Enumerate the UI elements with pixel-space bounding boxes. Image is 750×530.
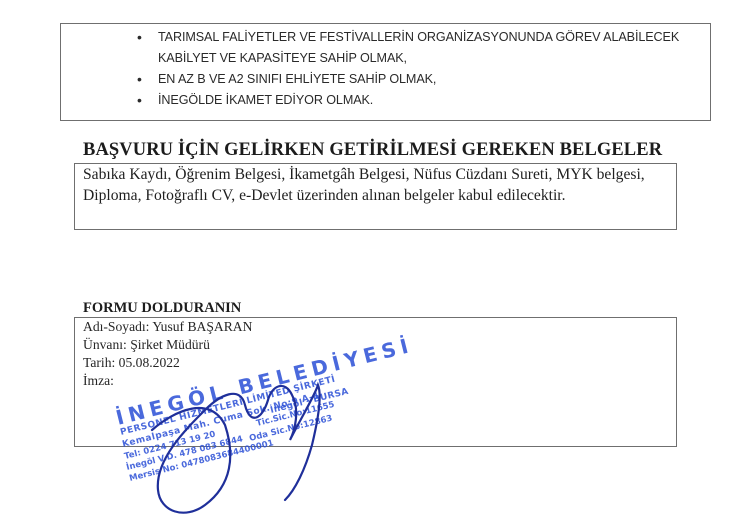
documents-box: Sabıka Kaydı, Öğrenim Belgesi, İkametgâh… bbox=[74, 163, 677, 230]
requirement-text: TARIMSAL FALİYETLER VE FESTİVALLERİN ORG… bbox=[158, 30, 679, 44]
requirements-box: • TARIMSAL FALİYETLER VE FESTİVALLERİN O… bbox=[60, 23, 711, 121]
requirement-item: • TARIMSAL FALİYETLER VE FESTİVALLERİN O… bbox=[137, 27, 679, 48]
requirement-text: KABİLYET VE KAPASİTEYE SAHİP OLMAK, bbox=[158, 51, 407, 65]
documents-heading: BAŞVURU İÇİN GELİRKEN GETİRİLMESİ GEREKE… bbox=[83, 140, 662, 161]
requirements-list: • TARIMSAL FALİYETLER VE FESTİVALLERİN O… bbox=[137, 27, 679, 111]
form-filler-box: Adı-Soyadı: Yusuf BAŞARAN Ünvanı: Şirket… bbox=[74, 317, 677, 447]
requirement-text: İNEGÖLDE İKAMET EDİYOR OLMAK. bbox=[158, 93, 373, 107]
filler-date: Tarih: 05.08.2022 bbox=[83, 355, 180, 371]
bullet-icon: • bbox=[137, 27, 142, 48]
signature-label: İmza: bbox=[83, 373, 114, 389]
bullet-icon: • bbox=[137, 69, 142, 90]
filler-name: Adı-Soyadı: Yusuf BAŞARAN bbox=[83, 319, 252, 335]
documents-text: Sabıka Kaydı, Öğrenim Belgesi, İkametgâh… bbox=[83, 165, 673, 206]
requirement-item-continuation: KABİLYET VE KAPASİTEYE SAHİP OLMAK, bbox=[137, 48, 679, 69]
form-filler-heading: FORMU DOLDURANIN bbox=[83, 300, 241, 317]
bullet-icon: • bbox=[137, 90, 142, 111]
filler-position: Ünvanı: Şirket Müdürü bbox=[83, 337, 210, 353]
requirement-text: EN AZ B VE A2 SINIFI EHLİYETE SAHİP OLMA… bbox=[158, 72, 436, 86]
requirement-item: • EN AZ B VE A2 SINIFI EHLİYETE SAHİP OL… bbox=[137, 69, 679, 90]
requirement-item: • İNEGÖLDE İKAMET EDİYOR OLMAK. bbox=[137, 90, 679, 111]
